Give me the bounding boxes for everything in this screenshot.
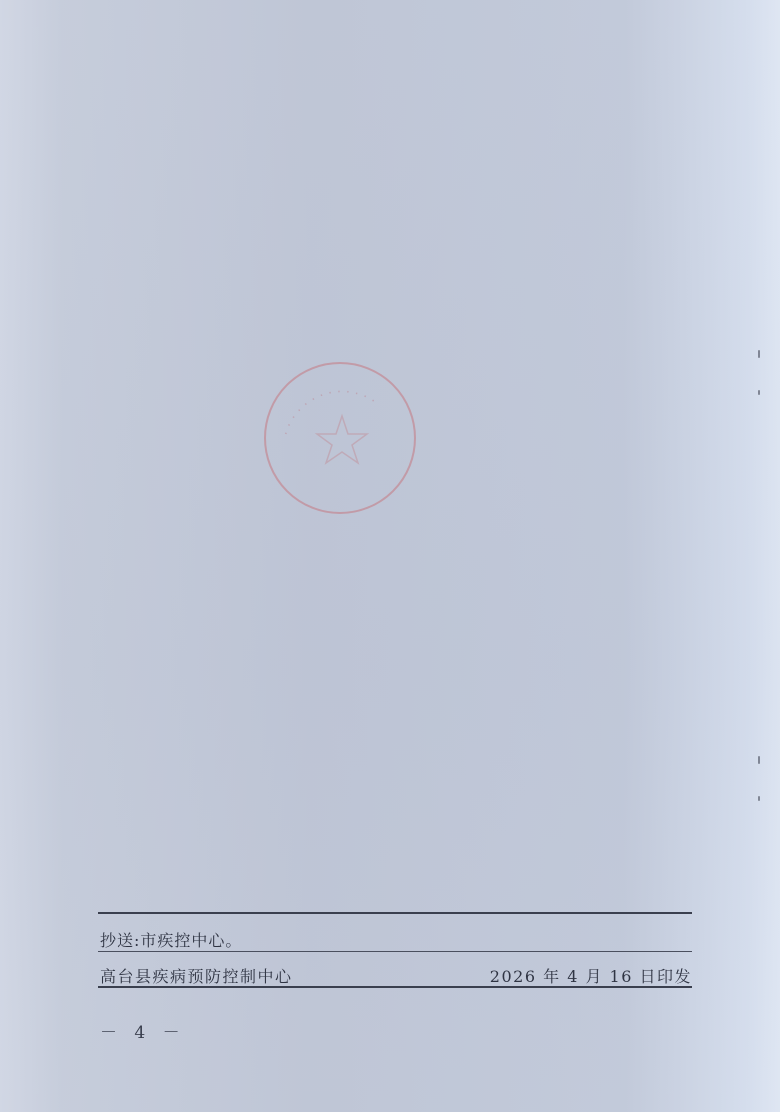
page-number: － 4 － bbox=[100, 1018, 186, 1043]
svg-text:· · · · · · · · · · · · ·: · · · · · · · · · · · · · bbox=[279, 385, 378, 438]
issue-date: 2026 年 4 月 16 日印发 bbox=[490, 964, 692, 987]
edge-mark bbox=[758, 390, 760, 395]
official-seal: · · · · · · · · · · · · · bbox=[264, 362, 416, 514]
edge-mark bbox=[758, 350, 760, 358]
issuing-organization: 高台县疾病预防控制中心 bbox=[100, 964, 293, 987]
footer-rule-bottom bbox=[98, 986, 692, 988]
edge-mark bbox=[758, 796, 760, 801]
seal-star-icon: · · · · · · · · · · · · · bbox=[266, 364, 418, 516]
footer-rule-top bbox=[98, 912, 692, 914]
cc-label: 抄送: bbox=[100, 931, 140, 950]
cc-line: 抄送:市疾控中心。 bbox=[100, 928, 242, 951]
edge-mark bbox=[758, 756, 760, 764]
document-page: · · · · · · · · · · · · · 抄送:市疾控中心。 高台县疾… bbox=[0, 0, 780, 1112]
footer-rule-middle bbox=[98, 951, 692, 952]
cc-recipients: 市疾控中心。 bbox=[140, 931, 242, 950]
